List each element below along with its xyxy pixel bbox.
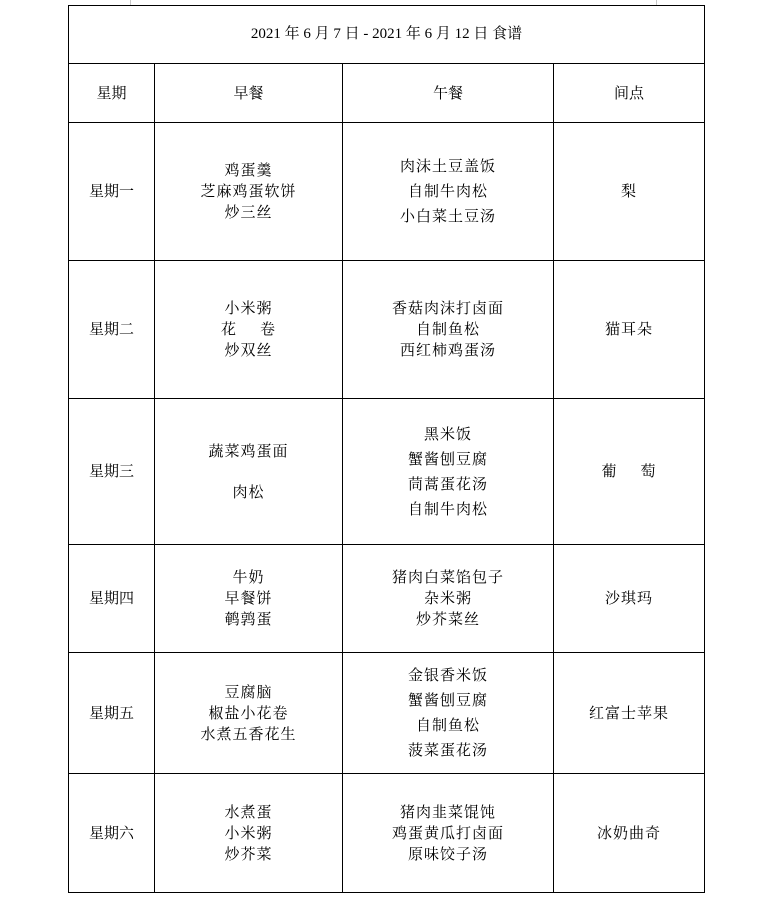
- lunch-item: 猪肉韭菜馄饨: [343, 802, 553, 823]
- header-lunch: 午餐: [343, 64, 554, 123]
- breakfast-cell: 牛奶 早餐饼 鹌鹑蛋: [155, 545, 343, 653]
- table-row: 星期一 鸡蛋羹 芝麻鸡蛋软饼 炒三丝 肉沫土豆盖饭 自制牛肉松 小白菜土豆汤 梨: [69, 123, 705, 261]
- lunch-item: 猪肉白菜馅包子: [343, 567, 553, 588]
- breakfast-item: 小米粥: [155, 823, 342, 844]
- lunch-cell: 香菇肉沫打卤面 自制鱼松 西红柿鸡蛋汤: [343, 261, 554, 399]
- day-cell: 星期五: [69, 653, 155, 774]
- snack-cell: 葡 萄: [554, 399, 705, 545]
- breakfast-item: 小米粥: [155, 298, 342, 319]
- breakfast-item: 水煮五香花生: [155, 724, 342, 745]
- snack-cell: 沙琪玛: [554, 545, 705, 653]
- snack-cell: 冰奶曲奇: [554, 774, 705, 893]
- breakfast-item: 炒芥菜: [155, 844, 342, 865]
- lunch-cell: 猪肉白菜馅包子 杂米粥 炒芥菜丝: [343, 545, 554, 653]
- breakfast-item: 花 卷: [155, 319, 342, 340]
- lunch-item: 西红柿鸡蛋汤: [343, 340, 553, 361]
- day-cell: 星期一: [69, 123, 155, 261]
- lunch-item: 自制牛肉松: [343, 179, 553, 204]
- breakfast-cell: 鸡蛋羹 芝麻鸡蛋软饼 炒三丝: [155, 123, 343, 261]
- breakfast-item: 水煮蛋: [155, 802, 342, 823]
- breakfast-cell: 小米粥 花 卷 炒双丝: [155, 261, 343, 399]
- snack-item: 梨: [554, 181, 704, 202]
- header-breakfast: 早餐: [155, 64, 343, 123]
- lunch-item: 肉沫土豆盖饭: [343, 154, 553, 179]
- snack-item: 冰奶曲奇: [554, 823, 704, 844]
- table-row: 星期三 蔬菜鸡蛋面 肉松 黑米饭 蟹酱刨豆腐 茼蒿蛋花汤 自制牛肉松 葡 萄: [69, 399, 705, 545]
- lunch-item: 蟹酱刨豆腐: [343, 447, 553, 472]
- table-row: 星期二 小米粥 花 卷 炒双丝 香菇肉沫打卤面 自制鱼松 西红柿鸡蛋汤 猫耳朵: [69, 261, 705, 399]
- breakfast-cell: 豆腐脑 椒盐小花卷 水煮五香花生: [155, 653, 343, 774]
- lunch-item: 杂米粥: [343, 588, 553, 609]
- menu-title: 2021 年 6 月 7 日 - 2021 年 6 月 12 日 食谱: [69, 6, 705, 64]
- snack-item: 葡 萄: [554, 461, 704, 482]
- lunch-cell: 肉沫土豆盖饭 自制牛肉松 小白菜土豆汤: [343, 123, 554, 261]
- breakfast-item: 肉松: [155, 482, 342, 503]
- snack-cell: 梨: [554, 123, 705, 261]
- lunch-item: 蟹酱刨豆腐: [343, 688, 553, 713]
- lunch-item: 小白菜土豆汤: [343, 204, 553, 229]
- breakfast-cell: 水煮蛋 小米粥 炒芥菜: [155, 774, 343, 893]
- lunch-item: 菠菜蛋花汤: [343, 738, 553, 763]
- lunch-item: 鸡蛋黄瓜打卤面: [343, 823, 553, 844]
- breakfast-cell: 蔬菜鸡蛋面 肉松: [155, 399, 343, 545]
- snack-item: 沙琪玛: [554, 588, 704, 609]
- lunch-cell: 猪肉韭菜馄饨 鸡蛋黄瓜打卤面 原味饺子汤: [343, 774, 554, 893]
- lunch-item: 原味饺子汤: [343, 844, 553, 865]
- table-row: 星期五 豆腐脑 椒盐小花卷 水煮五香花生 金银香米饭 蟹酱刨豆腐 自制鱼松 菠菜…: [69, 653, 705, 774]
- breakfast-item: 牛奶: [155, 567, 342, 588]
- header-snack: 间点: [554, 64, 705, 123]
- snack-cell: 红富士苹果: [554, 653, 705, 774]
- snack-item: 红富士苹果: [554, 703, 704, 724]
- lunch-item: 炒芥菜丝: [343, 609, 553, 630]
- lunch-item: 自制鱼松: [343, 319, 553, 340]
- lunch-item: 金银香米饭: [343, 663, 553, 688]
- lunch-item: 自制牛肉松: [343, 497, 553, 522]
- breakfast-item: 早餐饼: [155, 588, 342, 609]
- table-row: 星期六 水煮蛋 小米粥 炒芥菜 猪肉韭菜馄饨 鸡蛋黄瓜打卤面 原味饺子汤 冰奶曲…: [69, 774, 705, 893]
- lunch-item: 香菇肉沫打卤面: [343, 298, 553, 319]
- breakfast-item: 豆腐脑: [155, 682, 342, 703]
- lunch-cell: 金银香米饭 蟹酱刨豆腐 自制鱼松 菠菜蛋花汤: [343, 653, 554, 774]
- weekly-menu-table: 2021 年 6 月 7 日 - 2021 年 6 月 12 日 食谱 星期 早…: [68, 5, 705, 893]
- lunch-item: 黑米饭: [343, 422, 553, 447]
- breakfast-item: 炒三丝: [155, 202, 342, 223]
- header-day: 星期: [69, 64, 155, 123]
- breakfast-item: 蔬菜鸡蛋面: [155, 441, 342, 462]
- breakfast-item: 芝麻鸡蛋软饼: [155, 181, 342, 202]
- lunch-item: 自制鱼松: [343, 713, 553, 738]
- breakfast-item: 鸡蛋羹: [155, 160, 342, 181]
- spacer: [155, 462, 342, 482]
- day-cell: 星期六: [69, 774, 155, 893]
- breakfast-item: 椒盐小花卷: [155, 703, 342, 724]
- snack-item: 猫耳朵: [554, 319, 704, 340]
- lunch-cell: 黑米饭 蟹酱刨豆腐 茼蒿蛋花汤 自制牛肉松: [343, 399, 554, 545]
- snack-cell: 猫耳朵: [554, 261, 705, 399]
- table-row: 星期四 牛奶 早餐饼 鹌鹑蛋 猪肉白菜馅包子 杂米粥 炒芥菜丝 沙琪玛: [69, 545, 705, 653]
- breakfast-item: 炒双丝: [155, 340, 342, 361]
- lunch-item: 茼蒿蛋花汤: [343, 472, 553, 497]
- breakfast-item: 鹌鹑蛋: [155, 609, 342, 630]
- day-cell: 星期三: [69, 399, 155, 545]
- day-cell: 星期二: [69, 261, 155, 399]
- day-cell: 星期四: [69, 545, 155, 653]
